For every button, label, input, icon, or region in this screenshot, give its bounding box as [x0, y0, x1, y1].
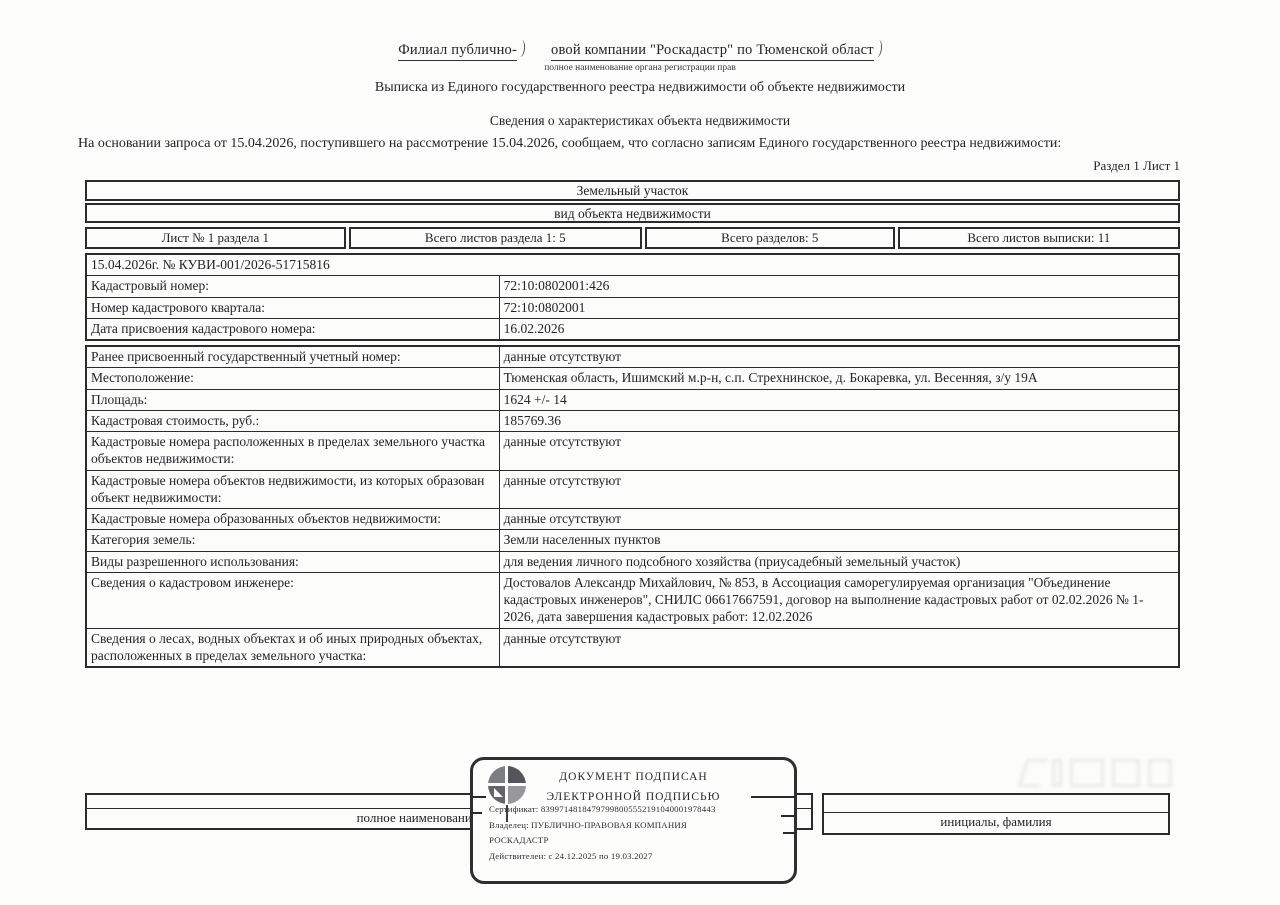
row-label: Кадастровая стоимость, руб.: [86, 410, 499, 431]
row-label: Сведения о кадастровом инженере: [86, 572, 499, 628]
row-value: 72:10:0802001 [499, 297, 1179, 318]
row-value: Тюменская область, Ишимский м.р-н, с.п. … [499, 368, 1179, 389]
sheet-info-cell: Всего разделов: 5 [645, 227, 895, 249]
request-basis-text: На основании запроса от 15.04.2026, пост… [78, 136, 1140, 152]
scan-artifact-curve [517, 40, 526, 58]
row-value: данные отсутствуют [499, 628, 1179, 667]
org-name-suffix: овой компании "Роскадастр" по Тюменской … [551, 42, 874, 61]
document-header: Филиал публично-овой компании "Роскадаст… [0, 40, 1280, 96]
section-sheet-label: Раздел 1 Лист 1 [85, 158, 1180, 174]
table-row: Номер кадастрового квартала: 72:10:08020… [86, 297, 1179, 318]
row-label: Номер кадастрового квартала: [86, 297, 499, 318]
scan-line-artifact [783, 832, 797, 834]
row-value: Достовалов Александр Михайлович, № 853, … [499, 572, 1179, 628]
faint-watermark [1022, 750, 1237, 796]
table-row: Дата присвоения кадастрового номера: 16.… [86, 318, 1179, 340]
stamp-owner: Владелец: ПУБЛИЧНО-ПРАВОВАЯ КОМПАНИЯ [489, 820, 687, 830]
table-row: Сведения о кадастровом инженере: Достова… [86, 572, 1179, 628]
stamp-validity: Действителен: с 24.12.2025 по 19.03.2027 [489, 851, 653, 861]
table-row: Местоположение: Тюменская область, Ишимс… [86, 368, 1179, 389]
row-value: 1624 +/- 14 [499, 389, 1179, 410]
row-value: данные отсутствуют [499, 509, 1179, 530]
row-value: данные отсутствуют [499, 470, 1179, 509]
row-label: Местоположение: [86, 368, 499, 389]
characteristics-table: Ранее присвоенный государственный учетны… [85, 345, 1180, 668]
row-value: 16.02.2026 [499, 318, 1179, 340]
cadastral-id-table: 15.04.2026г. № КУВИ-001/2026-51715816 Ка… [85, 253, 1180, 341]
stamp-owner-line2: РОСКАДАСТР [489, 835, 549, 845]
row-label: Ранее присвоенный государственный учетны… [86, 346, 499, 368]
request-number-cell: 15.04.2026г. № КУВИ-001/2026-51715816 [86, 254, 1179, 276]
document-subtitle: Сведения о характеристиках объекта недви… [0, 113, 1280, 129]
table-row: Кадастровые номера расположенных в преде… [86, 432, 1179, 471]
signature-line [824, 795, 1168, 813]
row-value: данные отсутствуют [499, 346, 1179, 368]
row-value: 72:10:0802001:426 [499, 276, 1179, 297]
scan-artifact-curve [874, 40, 883, 58]
table-row: 15.04.2026г. № КУВИ-001/2026-51715816 [86, 254, 1179, 276]
table-row: Категория земель: Земли населенных пункт… [86, 530, 1179, 551]
row-label: Категория земель: [86, 530, 499, 551]
table-row: Сведения о лесах, водных объектах и об и… [86, 628, 1179, 667]
row-label: Кадастровые номера объектов недвижимости… [86, 470, 499, 509]
org-name-line: Филиал публично-овой компании "Роскадаст… [0, 40, 1280, 61]
table-row: Кадастровые номера образованных объектов… [86, 509, 1179, 530]
object-info-block: Земельный участок вид объекта недвижимос… [85, 180, 1180, 341]
sheet-info-cell: Всего листов раздела 1: 5 [349, 227, 642, 249]
table-row: Кадастровый номер: 72:10:0802001:426 [86, 276, 1179, 297]
org-name-prefix: Филиал публично- [398, 42, 517, 61]
sheet-info-cell: Всего листов выписки: 11 [898, 227, 1180, 249]
stamp-title-line2: ЭЛЕКТРОННОЙ ПОДПИСЬЮ [473, 791, 794, 803]
document-title: Выписка из Единого государственного реес… [0, 80, 1280, 96]
table-row: Кадастровые номера объектов недвижимости… [86, 470, 1179, 509]
object-kind: Земельный участок [85, 180, 1180, 201]
row-label: Виды разрешенного использования: [86, 551, 499, 572]
digital-signature-stamp: ДОКУМЕНТ ПОДПИСАН ЭЛЕКТРОННОЙ ПОДПИСЬЮ С… [470, 757, 797, 884]
sheet-info-cell: Лист № 1 раздела 1 [85, 227, 346, 249]
row-value: для ведения личного подсобного хозяйства… [499, 551, 1179, 572]
table-row: Кадастровая стоимость, руб.: 185769.36 [86, 410, 1179, 431]
row-value: данные отсутствуют [499, 432, 1179, 471]
sheet-info-row: Лист № 1 раздела 1 Всего листов раздела … [85, 227, 1180, 249]
object-characteristics-block: Ранее присвоенный государственный учетны… [85, 345, 1180, 668]
scan-line-artifact [470, 812, 482, 814]
row-label: Дата присвоения кадастрового номера: [86, 318, 499, 340]
org-caption: полное наименование органа регистрации п… [0, 63, 1280, 73]
scan-line-artifact [781, 815, 797, 817]
row-label: Кадастровые номера образованных объектов… [86, 509, 499, 530]
table-row: Площадь: 1624 +/- 14 [86, 389, 1179, 410]
row-label: Сведения о лесах, водных объектах и об и… [86, 628, 499, 667]
object-kind-caption: вид объекта недвижимости [85, 203, 1180, 223]
stamp-title-line1: ДОКУМЕНТ ПОДПИСАН [473, 771, 794, 783]
row-label: Площадь: [86, 389, 499, 410]
table-row: Ранее присвоенный государственный учетны… [86, 346, 1179, 368]
signature-name-box: инициалы, фамилия [822, 793, 1170, 835]
table-row: Виды разрешенного использования: для вед… [86, 551, 1179, 572]
stamp-certificate: Сертификат: 8399714818479799800555219104… [489, 804, 716, 814]
name-caption: инициалы, фамилия [824, 813, 1168, 831]
row-label: Кадастровый номер: [86, 276, 499, 297]
row-value: Земли населенных пунктов [499, 530, 1179, 551]
row-label: Кадастровые номера расположенных в преде… [86, 432, 499, 471]
document-page: Филиал публично-овой компании "Роскадаст… [0, 0, 1280, 905]
row-value: 185769.36 [499, 410, 1179, 431]
